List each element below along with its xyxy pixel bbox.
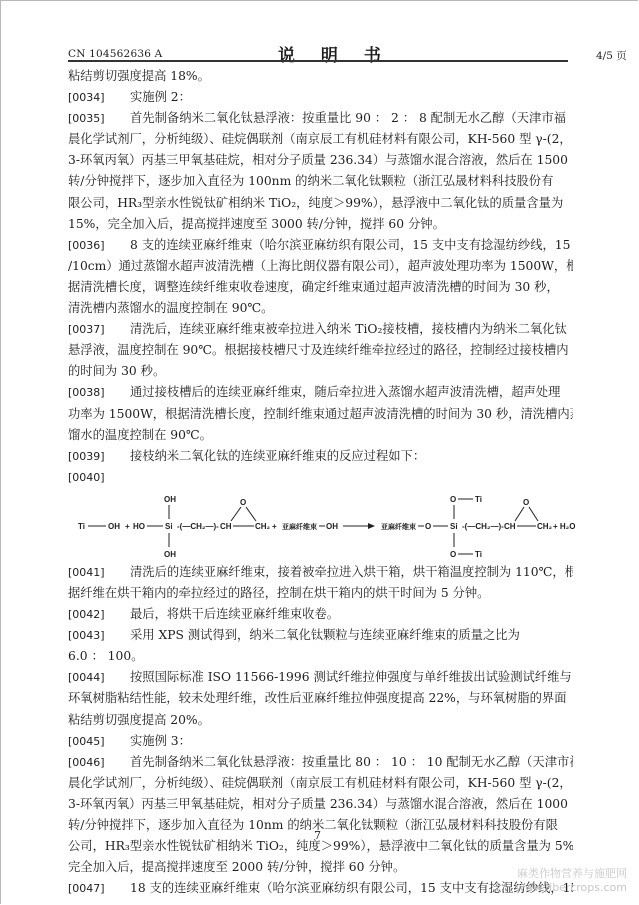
text-line: [0045]实施例 3： bbox=[68, 731, 573, 752]
text-line: 据纤维在烘干箱内的牵拉经过的路径，控制在烘干箱内的烘干时间为 5 分钟。 bbox=[68, 583, 573, 604]
text-line: 悬浮液，温度控制在 90℃。根据接枝槽尺寸及连续纤维牵拉经过的路径，控制经过接枝… bbox=[68, 340, 573, 361]
line-text: 实施例 3： bbox=[130, 734, 191, 748]
svg-text:O: O bbox=[425, 522, 431, 531]
line-text: 6.0 ： 100。 bbox=[68, 649, 143, 663]
paragraph: [0037]清洗后，连续亚麻纤维束被牵拉进入纳米 TiO₂接枝槽，接枝槽内为纳米… bbox=[68, 319, 573, 382]
paragraph: [0042]最后，将烘干后连续亚麻纤维束收卷。 bbox=[68, 604, 573, 625]
line-text: 悬浮液，温度控制在 90℃。根据接枝槽尺寸及连续纤维牵拉经过的路径，控制经过接枝… bbox=[68, 343, 569, 357]
header-rule bbox=[68, 60, 568, 62]
svg-text:CH₂: CH₂ bbox=[537, 522, 553, 531]
line-text: 据纤维在烘干箱内的牵拉经过的路径，控制在烘干箱内的烘干时间为 5 分钟。 bbox=[68, 586, 489, 600]
page-number: 7 bbox=[314, 829, 321, 842]
paragraph-number: [0045] bbox=[68, 731, 122, 752]
text-line: [0037]清洗后，连续亚麻纤维束被牵拉进入纳米 TiO₂接枝槽，接枝槽内为纳米… bbox=[68, 319, 573, 340]
page-count: 4/5 页 bbox=[596, 48, 627, 63]
svg-text:Ti: Ti bbox=[78, 522, 85, 531]
text-line: [0047]18 支的连续亚麻纤维束（哈尔滨亚麻纺织有限公司，15 支中支有捻湿… bbox=[68, 878, 573, 899]
paragraph: [0047]18 支的连续亚麻纤维束（哈尔滨亚麻纺织有限公司，15 支中支有捻湿… bbox=[68, 878, 573, 899]
line-text: 馏水的温度控制在 90℃。 bbox=[68, 428, 212, 442]
line-text: 3-环氧丙氧）丙基三甲氧基硅烷，相对分子质量 236.34）与蒸馏水混合溶液，然… bbox=[68, 797, 568, 811]
line-text: 按照国际标准 ISO 11566-1996 测试纤维拉伸强度与单纤维拔出试验测试… bbox=[130, 670, 572, 684]
line-text: 粘结剪切强度提高 20%。 bbox=[68, 713, 210, 727]
svg-text:亚麻纤维束: 亚麻纤维束 bbox=[282, 522, 317, 531]
line-text: 环氧树脂粘结性能，较未处理纤维，改性后亚麻纤维拉伸强度提高 22%，与环氧树脂的… bbox=[68, 691, 567, 705]
paragraph: 粘结剪切强度提高 18%。 bbox=[68, 66, 573, 87]
paragraph-number: [0036] bbox=[68, 235, 122, 256]
paragraph: [0036]8 支的连续亚麻纤维束（哈尔滨亚麻纺织有限公司，15 支中支有捻湿纺… bbox=[68, 235, 573, 319]
svg-text:-(—CH₂—)-: -(—CH₂—)- bbox=[462, 522, 504, 531]
text-line: 3-环氧丙氧）丙基三甲氧基硅烷，相对分子质量 236.34）与蒸馏水混合溶液，然… bbox=[68, 794, 573, 815]
text-line: 晨化学试剂厂，分析纯级）、硅烷偶联剂（南京辰工有机硅材料有限公司，KH-560 … bbox=[68, 773, 573, 794]
line-text: 首先制备纳米二氧化钛悬浮液：按重量比 90 ： 2 ： 8 配制无水乙醇（天津市… bbox=[130, 111, 566, 125]
paragraph: [0040] bbox=[68, 467, 573, 488]
svg-text:OH: OH bbox=[326, 522, 338, 531]
text-line: [0041]清洗后的连续亚麻纤维束，接着被牵拉进入烘干箱，烘干箱温度控制为 11… bbox=[68, 562, 573, 583]
svg-text:O: O bbox=[450, 550, 456, 559]
text-line: 粘结剪切强度提高 18%。 bbox=[68, 66, 573, 87]
line-text: 转/分钟搅拌下，逐步加入直径为 10nm 的纳米二氧化钛颗粒（浙江弘晟材料科技股… bbox=[68, 818, 558, 832]
text-line: 3-环氧丙氧）丙基三甲氧基硅烷，相对分子质量 236.34）与蒸馏水混合溶液，然… bbox=[68, 150, 573, 171]
paragraph-number: [0046] bbox=[68, 752, 122, 773]
text-line: 功率为 1500W，根据清洗槽长度，控制纤维束通过超声波清洗槽的时间为 30 秒… bbox=[68, 404, 573, 425]
text-line: [0039]接枝纳米二氧化钛的连续亚麻纤维束的反应过程如下： bbox=[68, 446, 573, 467]
line-text: 完全加入后，提高搅拌速度至 2000 转/分钟，搅拌 60 分钟。 bbox=[68, 860, 405, 874]
line-text: 首先制备纳米二氧化钛悬浮液：按重量比 80 ： 10 ： 10 配制无水乙醇（天… bbox=[130, 755, 573, 769]
text-line: [0042]最后，将烘干后连续亚麻纤维束收卷。 bbox=[68, 604, 573, 625]
paragraph-number: [0041] bbox=[68, 562, 122, 583]
text-line: /10cm）通过蒸馏水超声波清洗槽（上海比朗仪器有限公司），超声波处理功率为 1… bbox=[68, 256, 573, 277]
svg-text:Si: Si bbox=[165, 522, 173, 531]
document-body: 粘结剪切强度提高 18%。[0034]实施例 2：[0035]首先制备纳米二氧化… bbox=[68, 66, 573, 899]
text-line: 限公司，HR₃型亲水性锐钛矿相纳米 TiO₂，纯度＞99%），悬浮液中二氧化钛的… bbox=[68, 193, 573, 214]
line-text: 接枝纳米二氧化钛的连续亚麻纤维束的反应过程如下： bbox=[130, 449, 425, 463]
svg-text:CH: CH bbox=[220, 522, 232, 531]
text-line: [0035]首先制备纳米二氧化钛悬浮液：按重量比 90 ： 2 ： 8 配制无水… bbox=[68, 108, 573, 129]
document-header: CN 104562636 A 说 明 书 4/5 页 bbox=[68, 38, 466, 60]
line-text: 清洗后，连续亚麻纤维束被牵拉进入纳米 TiO₂接枝槽，接枝槽内为纳米二氧化钛 bbox=[130, 322, 567, 336]
svg-text:OH: OH bbox=[164, 495, 176, 504]
line-text: 18 支的连续亚麻纤维束（哈尔滨亚麻纺织有限公司，15 支中支有捻湿纺纱线，15 bbox=[130, 881, 573, 895]
line-text: 据清洗槽长度，调整连续纤维束收卷速度，确定纤维束通过超声波清洗槽的时间为 30 … bbox=[68, 280, 559, 294]
text-line: 馏水的温度控制在 90℃。 bbox=[68, 425, 573, 446]
paragraph: [0044]按照国际标准 ISO 11566-1996 测试纤维拉伸强度与单纤维… bbox=[68, 667, 573, 730]
line-text: 最后，将烘干后连续亚麻纤维束收卷。 bbox=[130, 607, 339, 621]
watermark-site-name: 麻类作物营养与施肥网 bbox=[516, 867, 627, 881]
reaction-scheme: Ti OH + HO Si OH OH -(—CH₂—)- CH O CH₂ +… bbox=[68, 488, 573, 562]
line-text: 限公司，HR₃型亲水性锐钛矿相纳米 TiO₂，纯度＞99%），悬浮液中二氧化钛的… bbox=[68, 196, 563, 210]
paragraph: [0039]接枝纳米二氧化钛的连续亚麻纤维束的反应过程如下： bbox=[68, 446, 573, 467]
text-line: 晨化学试剂厂，分析纯级）、硅烷偶联剂（南京辰工有机硅材料有限公司，KH-560 … bbox=[68, 129, 573, 150]
svg-text:OH: OH bbox=[164, 550, 176, 559]
svg-text:O: O bbox=[450, 495, 456, 504]
paragraph-number: [0038] bbox=[68, 382, 122, 403]
text-line: 清洗槽内蒸馏水的温度控制在 90℃。 bbox=[68, 298, 573, 319]
text-line: 6.0 ： 100。 bbox=[68, 646, 573, 667]
text-line: 环氧树脂粘结性能，较未处理纤维，改性后亚麻纤维拉伸强度提高 22%，与环氧树脂的… bbox=[68, 688, 573, 709]
text-line: [0034]实施例 2： bbox=[68, 87, 573, 108]
svg-text:Ti: Ti bbox=[475, 495, 482, 504]
svg-text:-(—CH₂—)-: -(—CH₂—)- bbox=[177, 522, 219, 531]
line-text: 3-环氧丙氧）丙基三甲氧基硅烷，相对分子质量 236.34）与蒸馏水混合溶液，然… bbox=[68, 153, 568, 167]
svg-text:Si: Si bbox=[450, 522, 458, 531]
publication-number: CN 104562636 A bbox=[68, 48, 162, 60]
line-text: 的时间为 30 秒。 bbox=[68, 364, 165, 378]
svg-text:亚麻纤维束: 亚麻纤维束 bbox=[381, 522, 416, 531]
paragraph-number: [0042] bbox=[68, 604, 122, 625]
svg-text:CH: CH bbox=[504, 522, 516, 531]
svg-text:O: O bbox=[240, 498, 246, 507]
text-line: 完全加入后，提高搅拌速度至 2000 转/分钟，搅拌 60 分钟。 bbox=[68, 857, 573, 878]
paragraph: [0041]清洗后的连续亚麻纤维束，接着被牵拉进入烘干箱，烘干箱温度控制为 11… bbox=[68, 562, 573, 604]
line-text: 功率为 1500W，根据清洗槽长度，控制纤维束通过超声波清洗槽的时间为 30 秒… bbox=[68, 407, 573, 421]
line-text: 清洗后的连续亚麻纤维束，接着被牵拉进入烘干箱，烘干箱温度控制为 110℃，根 bbox=[130, 565, 573, 579]
line-text: 通过接枝槽后的连续亚麻纤维束，随后牵拉进入蒸馏水超声波清洗槽，超声处理 bbox=[130, 385, 560, 399]
watermark: 麻类作物营养与施肥网 www.fibercrops.com bbox=[516, 867, 627, 895]
svg-text:+: + bbox=[272, 522, 277, 531]
paragraph-number: [0035] bbox=[68, 108, 122, 129]
text-line: 粘结剪切强度提高 20%。 bbox=[68, 710, 573, 731]
paragraph-number: [0043] bbox=[68, 625, 122, 646]
paragraph-number: [0047] bbox=[68, 878, 122, 899]
text-line: [0043]采用 XPS 测试得到，纳米二氧化钛颗粒与连续亚麻纤维束的质量之比为 bbox=[68, 625, 573, 646]
paragraph-number: [0034] bbox=[68, 87, 122, 108]
paragraph-number: [0044] bbox=[68, 667, 122, 688]
paragraph: [0043]采用 XPS 测试得到，纳米二氧化钛颗粒与连续亚麻纤维束的质量之比为… bbox=[68, 625, 573, 667]
svg-text:+ H₂O: + H₂O bbox=[553, 522, 575, 531]
paragraph: [0045]实施例 3： bbox=[68, 731, 573, 752]
text-line: 的时间为 30 秒。 bbox=[68, 361, 573, 382]
text-line: [0038]通过接枝槽后的连续亚麻纤维束，随后牵拉进入蒸馏水超声波清洗槽，超声处… bbox=[68, 382, 573, 403]
watermark-url: www.fibercrops.com bbox=[516, 881, 627, 895]
line-text: 晨化学试剂厂，分析纯级）、硅烷偶联剂（南京辰工有机硅材料有限公司，KH-560 … bbox=[68, 132, 572, 146]
svg-text:O: O bbox=[523, 498, 529, 507]
svg-text:OH: OH bbox=[108, 522, 120, 531]
line-text: 粘结剪切强度提高 18%。 bbox=[68, 69, 210, 83]
line-text: 晨化学试剂厂，分析纯级）、硅烷偶联剂（南京辰工有机硅材料有限公司，KH-560 … bbox=[68, 776, 572, 790]
line-text: 清洗槽内蒸馏水的温度控制在 90℃。 bbox=[68, 301, 273, 315]
paragraph: [0034]实施例 2： bbox=[68, 87, 573, 108]
chemical-reaction-diagram: Ti OH + HO Si OH OH -(—CH₂—)- CH O CH₂ +… bbox=[78, 488, 578, 562]
paragraph: [0035]首先制备纳米二氧化钛悬浮液：按重量比 90 ： 2 ： 8 配制无水… bbox=[68, 108, 573, 235]
text-line: [0036]8 支的连续亚麻纤维束（哈尔滨亚麻纺织有限公司，15 支中支有捻湿纺… bbox=[68, 235, 573, 256]
line-text: /10cm）通过蒸馏水超声波清洗槽（上海比朗仪器有限公司），超声波处理功率为 1… bbox=[68, 259, 573, 273]
paragraph: [0038]通过接枝槽后的连续亚麻纤维束，随后牵拉进入蒸馏水超声波清洗槽，超声处… bbox=[68, 382, 573, 445]
line-text: 15%，完全加入后，提高搅拌速度至 3000 转/分钟，搅拌 60 分钟。 bbox=[68, 217, 445, 231]
svg-text:Ti: Ti bbox=[475, 550, 482, 559]
text-line: [0044]按照国际标准 ISO 11566-1996 测试纤维拉伸强度与单纤维… bbox=[68, 667, 573, 688]
svg-text:HO: HO bbox=[133, 522, 145, 531]
text-line: 15%，完全加入后，提高搅拌速度至 3000 转/分钟，搅拌 60 分钟。 bbox=[68, 214, 573, 235]
text-line: [0046]首先制备纳米二氧化钛悬浮液：按重量比 80 ： 10 ： 10 配制… bbox=[68, 752, 573, 773]
line-text: 8 支的连续亚麻纤维束（哈尔滨亚麻纺织有限公司，15 支中支有捻湿纺纱线，15 … bbox=[130, 238, 573, 252]
paragraph-number: [0037] bbox=[68, 319, 122, 340]
paragraph: [0046]首先制备纳米二氧化钛悬浮液：按重量比 80 ： 10 ： 10 配制… bbox=[68, 752, 573, 879]
paragraph-number: [0040] bbox=[68, 467, 122, 488]
text-line: 转/分钟搅拌下，逐步加入直径为 100nm 的纳米二氧化钛颗粒（浙江弘晟材料科技… bbox=[68, 171, 573, 192]
svg-text:+: + bbox=[125, 522, 130, 531]
paragraph-number: [0039] bbox=[68, 446, 122, 467]
line-text: 转/分钟搅拌下，逐步加入直径为 100nm 的纳米二氧化钛颗粒（浙江弘晟材料科技… bbox=[68, 174, 553, 188]
text-line: 据清洗槽长度，调整连续纤维束收卷速度，确定纤维束通过超声波清洗槽的时间为 30 … bbox=[68, 277, 573, 298]
document-title: 说 明 书 bbox=[278, 41, 391, 66]
line-text: 采用 XPS 测试得到，纳米二氧化钛颗粒与连续亚麻纤维束的质量之比为 bbox=[130, 628, 520, 642]
svg-text:CH₂: CH₂ bbox=[255, 522, 271, 531]
line-text: 实施例 2： bbox=[130, 90, 191, 104]
